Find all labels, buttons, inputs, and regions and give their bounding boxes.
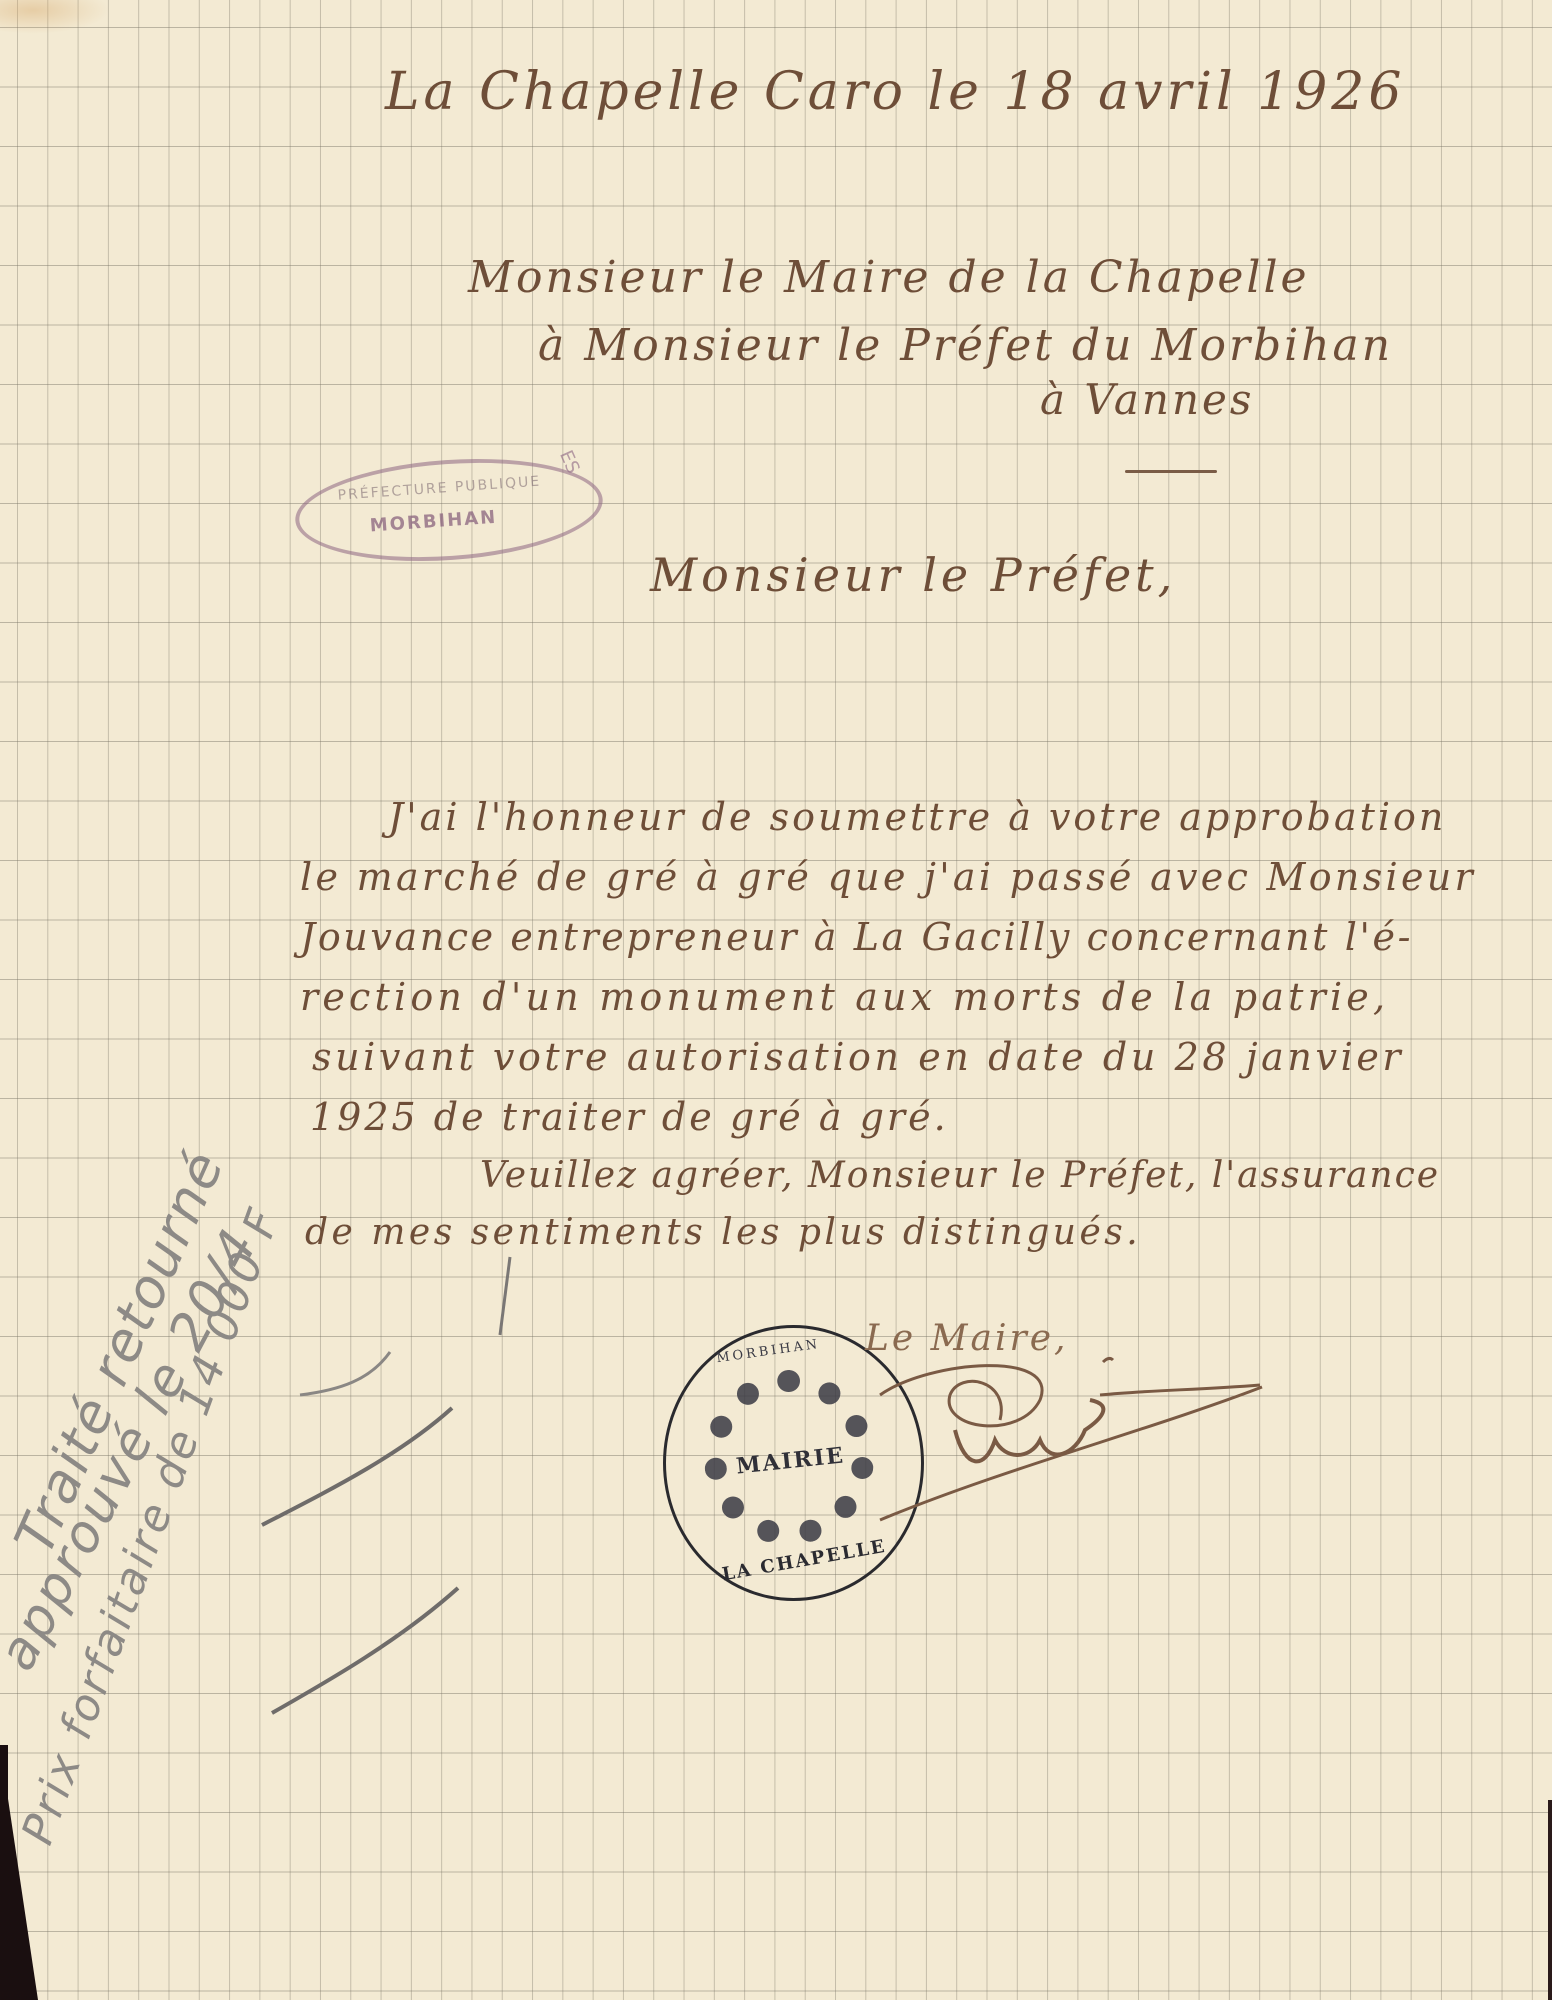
salutation: Monsieur le Préfet,: [650, 548, 1176, 602]
body-line: le marché de gré à gré que j'ai passé av…: [300, 855, 1476, 899]
place-date-line: La Chapelle Caro le 18 avril 1926: [385, 62, 1405, 122]
paper-stain: [0, 0, 110, 34]
body-line: suivant votre autorisation en date du 28…: [312, 1035, 1404, 1079]
stamp-text-line2: MORBIHAN: [369, 507, 498, 537]
address-line-3: à Vannes: [1040, 375, 1254, 424]
body-line: rection d'un monument aux morts de la pa…: [300, 975, 1389, 1019]
mairie-seal: MORBIHAN MAIRIE LA CHAPELLE: [663, 1325, 924, 1601]
seal-top-text: MORBIHAN: [715, 1337, 821, 1366]
signature-title: Le Maire,: [865, 1318, 1068, 1359]
stamp-text-line1: PRÉFECTURE PUBLIQUE: [337, 474, 541, 504]
closing-line: de mes sentiments les plus distingués.: [305, 1212, 1141, 1253]
body-line: Jouvance entrepreneur à La Gacilly conce…: [300, 915, 1413, 959]
body-line: 1925 de traiter de gré à gré.: [310, 1095, 949, 1139]
scan-edge-right: [1548, 1800, 1552, 2000]
address-line-2: à Monsieur le Préfet du Morbihan: [538, 320, 1393, 371]
scan-edge-shadow: [0, 1745, 8, 2000]
address-line-1: Monsieur le Maire de la Chapelle: [468, 252, 1310, 303]
closing-line: Veuillez agréer, Monsieur le Préfet, l'a…: [480, 1155, 1440, 1196]
separator-dash: [1125, 470, 1217, 473]
body-line: J'ai l'honneur de soumettre à votre appr…: [388, 795, 1446, 839]
